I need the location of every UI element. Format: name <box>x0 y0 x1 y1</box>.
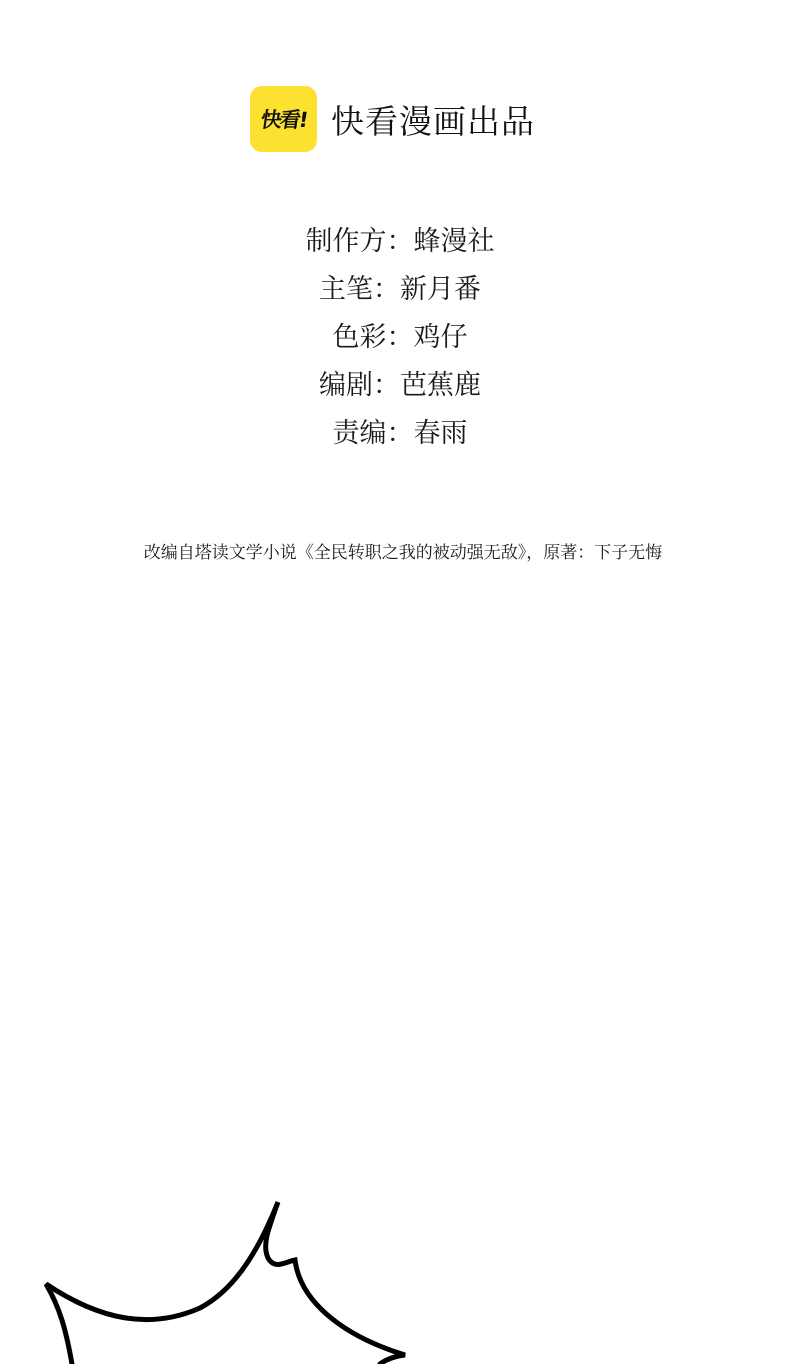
credits-list: 制作方：蜂漫社 主笔：新月番 色彩：鸡仔 编剧：芭蕉鹿 责编：春雨 <box>0 218 800 458</box>
source-note: 改编自塔读文学小说《全民转职之我的被动强无敌》，原著：下子无悔 <box>0 538 800 563</box>
credit-lead-artist: 主笔：新月番 <box>0 266 800 314</box>
credit-producer: 制作方：蜂漫社 <box>0 218 800 266</box>
logo-text: 快看! <box>259 104 309 134</box>
brand-header: 快看! 快看漫画出品 <box>250 86 535 152</box>
credit-colorist: 色彩：鸡仔 <box>0 314 800 362</box>
credit-writer: 编剧：芭蕉鹿 <box>0 362 800 410</box>
kuaikan-logo-icon: 快看! <box>250 86 317 152</box>
speech-bubble-outline <box>0 1180 800 1364</box>
credit-editor: 责编：春雨 <box>0 410 800 458</box>
brand-label: 快看漫画出品 <box>331 96 535 143</box>
